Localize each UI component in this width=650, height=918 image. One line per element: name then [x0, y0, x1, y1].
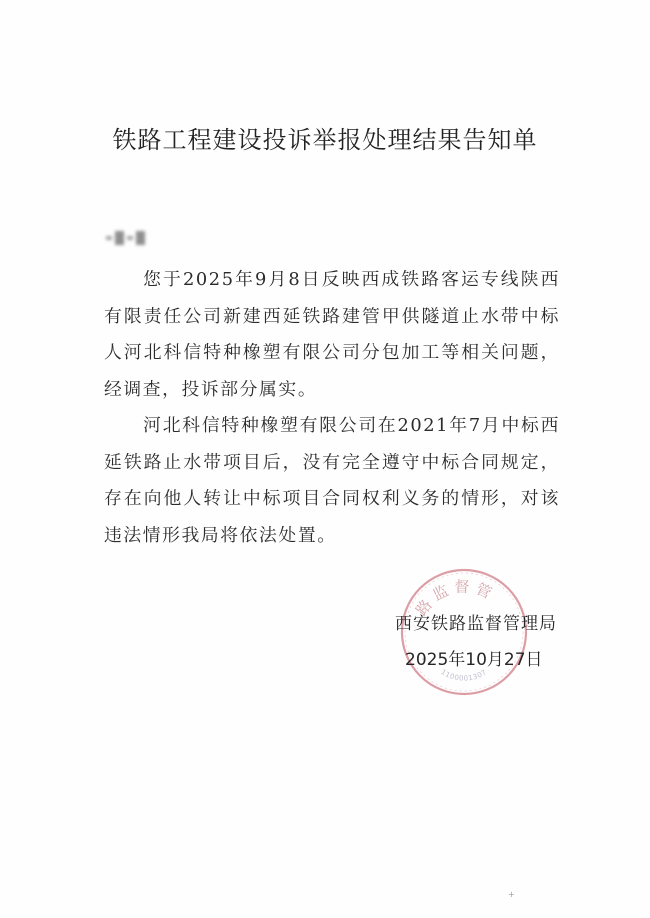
document-title: 铁路工程建设投诉举报处理结果告知单: [0, 120, 650, 155]
issue-date: 2025年10月27日: [395, 642, 565, 678]
document-body: 您于2025年9月8日反映西成铁路客运专线陕西有限责任公司新建西延铁路建管甲供隧…: [104, 262, 560, 554]
paragraph-investigation-result: 河北科信特种橡塑有限公司在2021年7月中标西延铁路止水带项目后，没有完全遵守中…: [104, 408, 560, 554]
redaction-block: [106, 236, 112, 240]
scan-artifact-icon: +: [508, 892, 514, 898]
redaction-block: [136, 231, 145, 245]
issuing-organization: 西安铁路监督管理局: [395, 606, 565, 642]
signature-block: 西安铁路监督管理局 2025年10月27日: [395, 606, 565, 678]
redaction-block: [115, 231, 124, 245]
redacted-salutation: [106, 228, 145, 248]
document-page: 铁路工程建设投诉举报处理结果告知单 您于2025年9月8日反映西成铁路客运专线陕…: [0, 0, 650, 918]
paragraph-complaint-summary: 您于2025年9月8日反映西成铁路客运专线陕西有限责任公司新建西延铁路建管甲供隧…: [104, 262, 560, 408]
redaction-block: [127, 236, 133, 240]
